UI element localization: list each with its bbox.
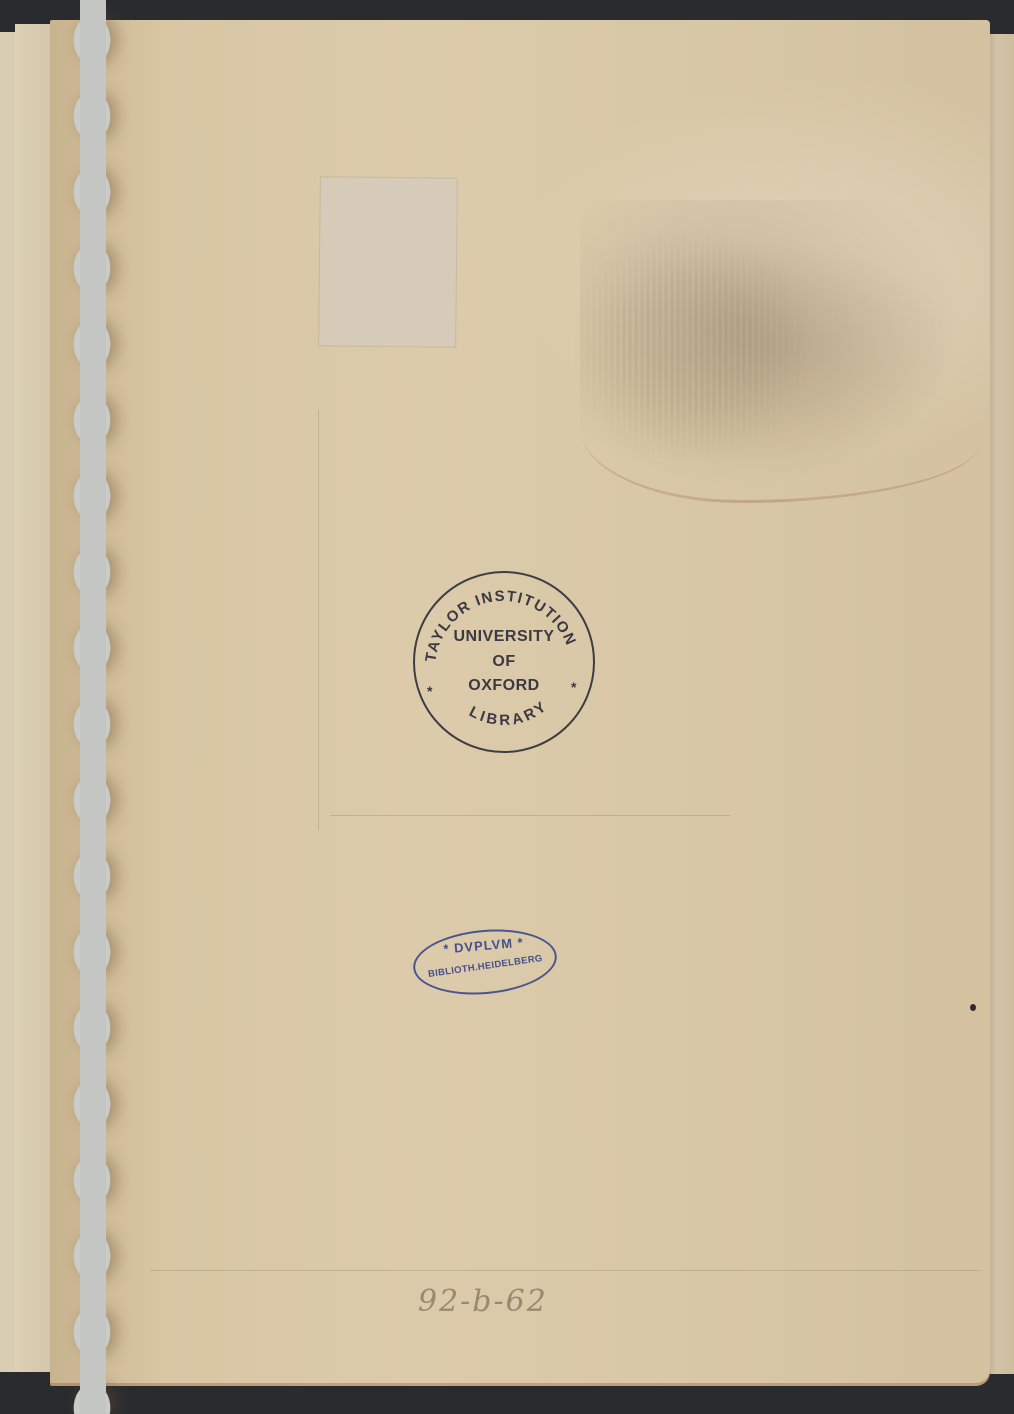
- stamp-line-university: UNIVERSITY: [415, 628, 593, 646]
- pencil-shelfmark: 92-b-62: [418, 1284, 548, 1319]
- stamp-line-oxford: OXFORD: [415, 677, 593, 695]
- svg-text:TAYLOR INSTITUTION: TAYLOR INSTITUTION: [422, 588, 579, 663]
- scanned-page-view: TAYLOR INSTITUTION LIBRARY UNIVERSITY OF…: [0, 0, 1014, 1414]
- star-icon: *: [427, 683, 432, 699]
- stamp-line-of: OF: [415, 653, 593, 671]
- svg-text:LIBRARY: LIBRARY: [466, 697, 551, 729]
- bookmark-ribbon-core: [80, 0, 106, 1414]
- star-icon: *: [571, 679, 576, 695]
- ink-spot: [970, 1004, 976, 1011]
- blank-paper-label: [319, 177, 457, 346]
- faint-show-through-line: [150, 1270, 980, 1271]
- ink-offset-show-through: [575, 230, 805, 460]
- faint-show-through-line: [330, 815, 730, 816]
- taylor-institution-stamp: TAYLOR INSTITUTION LIBRARY UNIVERSITY OF…: [413, 571, 595, 753]
- faint-show-through-line: [318, 410, 319, 830]
